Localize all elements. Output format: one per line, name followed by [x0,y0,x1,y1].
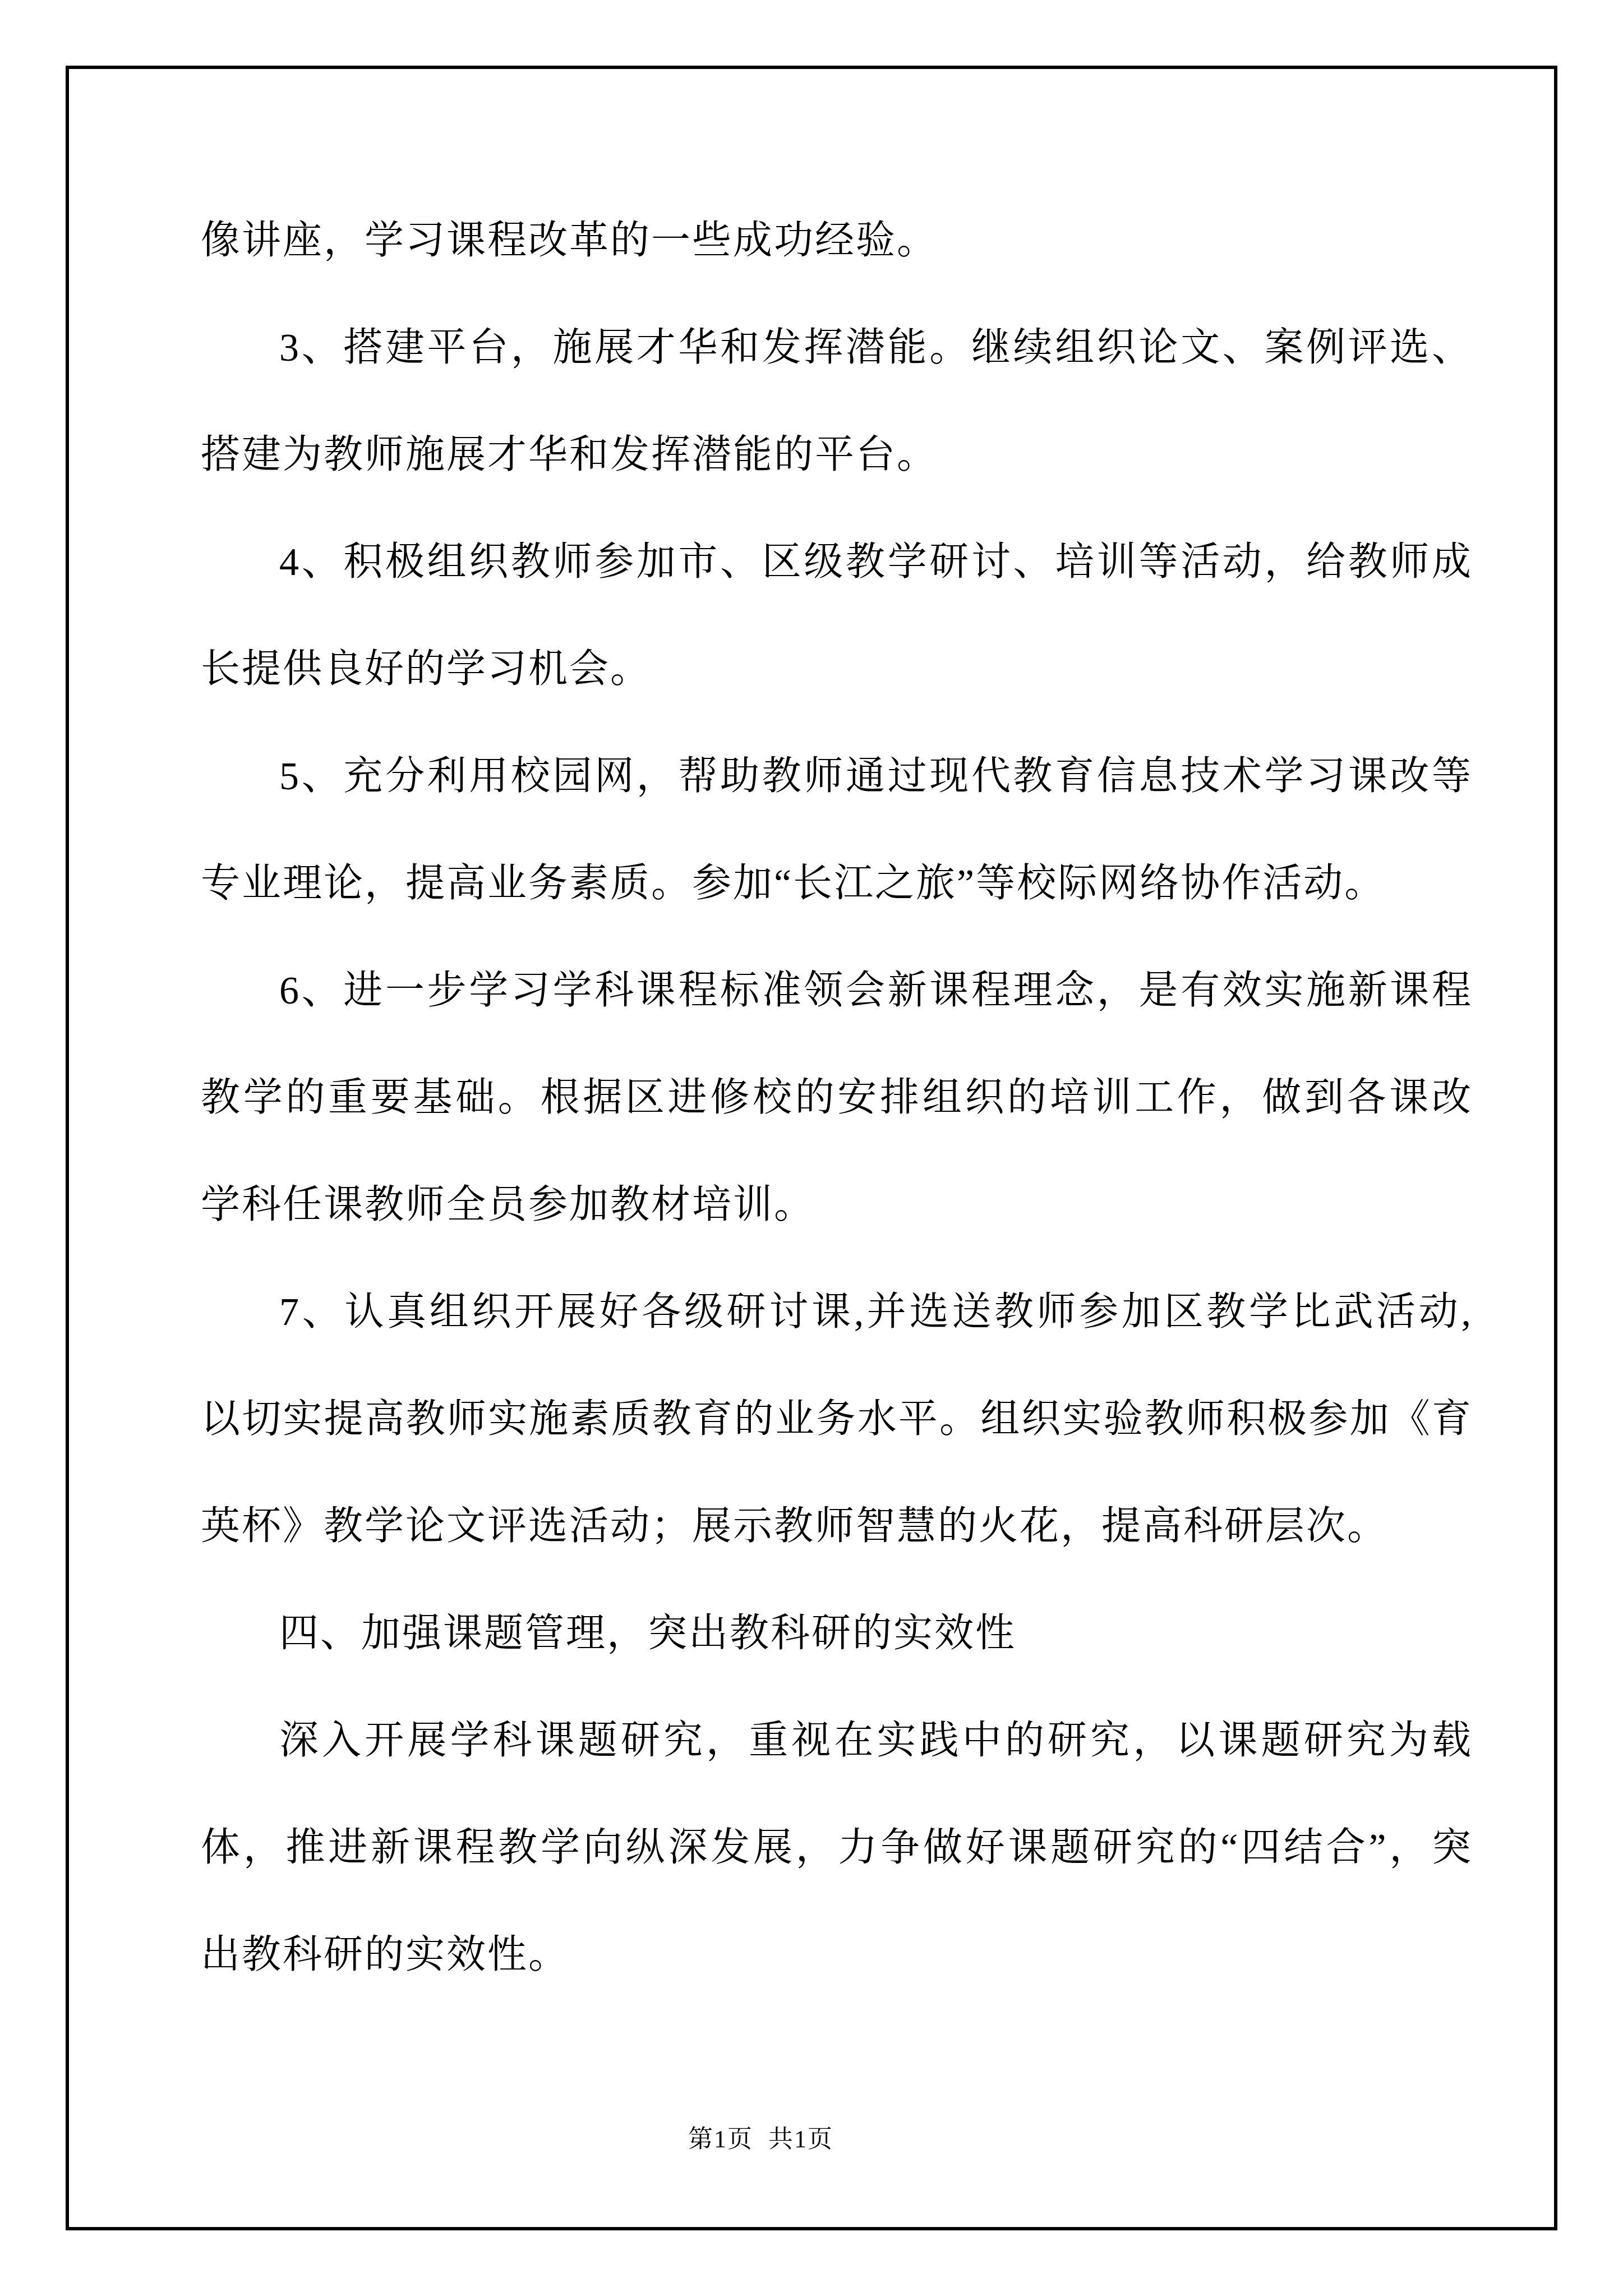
paragraph: 4、积极组织教师参加市、区级教学研讨、培训等活动，给教师成长提供良好的学习机会。 [201,509,1473,723]
text-line: 专业理论，提高业务素质。参加“长江之旅”等校际网络协作活动。 [201,830,1473,937]
text-line: 四、加强课题管理，突出教科研的实效性 [201,1580,1473,1687]
document-page: 像讲座，学习课程改革的一些成功经验。3、搭建平台，施展才华和发挥潜能。继续组织论… [0,0,1623,2296]
paragraph: 3、搭建平台，施展才华和发挥潜能。继续组织论文、案例评选、搭建为教师施展才华和发… [201,295,1473,509]
paragraph: 深入开展学科课题研究，重视在实践中的研究，以课题研究为载体，推进新课程教学向纵深… [201,1687,1473,2009]
paragraph: 6、进一步学习学科课程标准领会新课程理念，是有效实施新课程教学的重要基础。根据区… [201,937,1473,1259]
text-line: 4、积极组织教师参加市、区级教学研讨、培训等活动，给教师成 [201,509,1473,616]
text-line: 英杯》教学论文评选活动；展示教师智慧的火花，提高科研层次。 [201,1473,1473,1580]
text-line: 教学的重要基础。根据区进修校的安排组织的培训工作，做到各课改 [201,1045,1473,1152]
text-line: 出教科研的实效性。 [201,1902,1473,2009]
text-line: 体，推进新课程教学向纵深发展，力争做好课题研究的“四结合”，突 [201,1795,1473,1902]
text-line: 学科任课教师全员参加教材培训。 [201,1152,1473,1259]
footer-page-number: 第1页 共1页 [688,2125,833,2154]
text-line: 长提供良好的学习机会。 [201,616,1473,723]
text-line: 深入开展学科课题研究，重视在实践中的研究，以课题研究为载 [201,1687,1473,1795]
text-line: 5、充分利用校园网，帮助教师通过现代教育信息技术学习课改等 [201,723,1473,830]
text-line: 以切实提高教师实施素质教育的业务水平。组织实验教师积极参加《育 [201,1366,1473,1473]
text-line: 3、搭建平台，施展才华和发挥潜能。继续组织论文、案例评选、 [201,295,1473,402]
document-body: 像讲座，学习课程改革的一些成功经验。3、搭建平台，施展才华和发挥潜能。继续组织论… [201,187,1473,2009]
paragraph: 7、认真组织开展好各级研讨课,并选送教师参加区教学比武活动,以切实提高教师实施素… [201,1259,1473,1580]
paragraph: 5、充分利用校园网，帮助教师通过现代教育信息技术学习课改等专业理论，提高业务素质… [201,723,1473,937]
text-line: 6、进一步学习学科课程标准领会新课程理念，是有效实施新课程 [201,937,1473,1045]
text-line: 搭建为教师施展才华和发挥潜能的平台。 [201,402,1473,509]
text-line: 7、认真组织开展好各级研讨课,并选送教师参加区教学比武活动, [201,1259,1473,1366]
paragraph: 像讲座，学习课程改革的一些成功经验。 [201,187,1473,295]
text-line: 像讲座，学习课程改革的一些成功经验。 [201,187,1473,295]
paragraph: 四、加强课题管理，突出教科研的实效性 [201,1580,1473,1687]
